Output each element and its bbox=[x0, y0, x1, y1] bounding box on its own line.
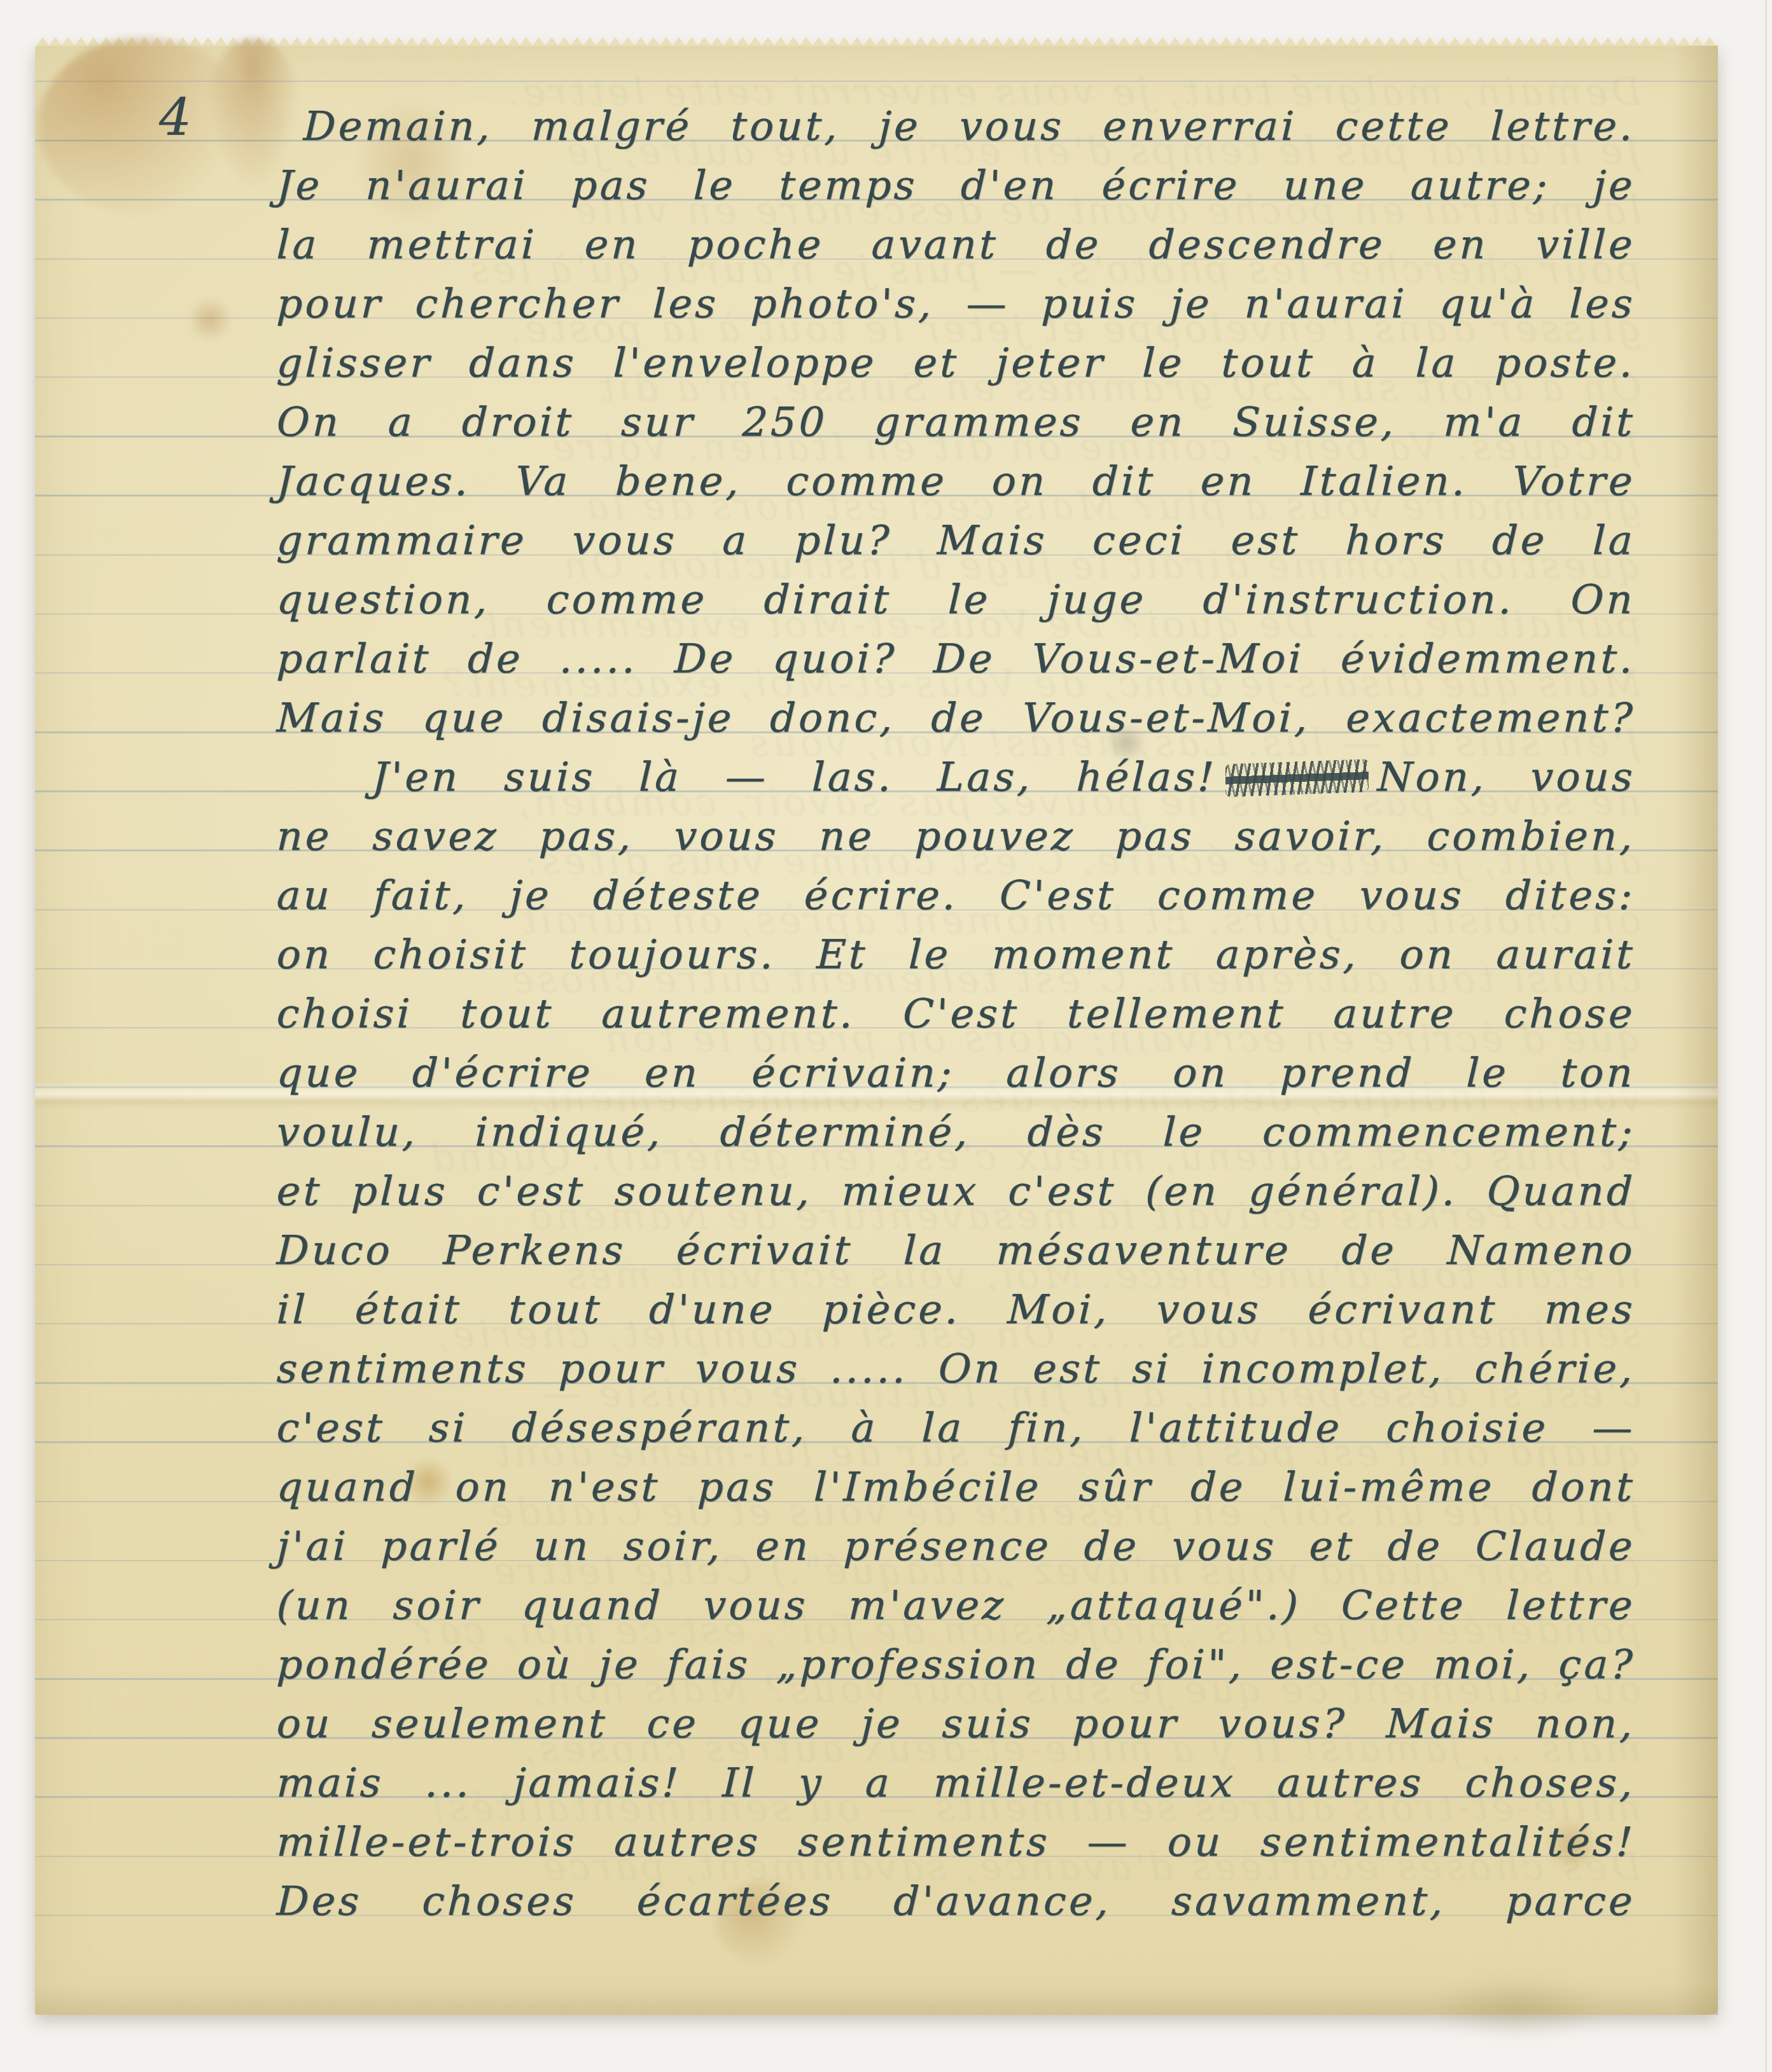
letter-line: parlait de ..... De quoi? De Vous-et-Moi… bbox=[276, 629, 1636, 688]
letter-line: Mais que disais-je donc, de Vous-et-Moi,… bbox=[276, 688, 1636, 747]
letter-line: On a droit sur 250 grammes en Suisse, m'… bbox=[276, 393, 1636, 452]
letter-line: et plus c'est soutenu, mieux c'est (en g… bbox=[276, 1162, 1636, 1221]
letter-body: Demain, malgré tout, je vous enverrai ce… bbox=[277, 97, 1635, 1931]
page-number: 4 bbox=[159, 88, 192, 147]
letter-line: glisser dans l'enveloppe et jeter le tou… bbox=[276, 333, 1636, 393]
letter-line: Duco Perkens écrivait la mésaventure de … bbox=[276, 1221, 1636, 1280]
letter-line: (un soir quand vous m'avez „attaqué".) C… bbox=[276, 1576, 1636, 1635]
letter-line: Je n'aurai pas le temps d'en écrire une … bbox=[276, 156, 1636, 215]
right-edge-shading bbox=[1673, 46, 1718, 2015]
letter-line: Demain, malgré tout, je vous enverrai ce… bbox=[276, 97, 1636, 156]
letter-line: c'est si désespérant, à la fin, l'attitu… bbox=[276, 1398, 1636, 1457]
letter-line: pondérée où je fais „profession de foi",… bbox=[276, 1635, 1636, 1694]
letter-line: au fait, je déteste écrire. C'est comme … bbox=[276, 866, 1636, 925]
letter-line: ou seulement ce que je suis pour vous? M… bbox=[276, 1694, 1636, 1753]
letter-line: pour chercher les photo's, — puis je n'a… bbox=[276, 274, 1636, 333]
letter-line: ne savez pas, vous ne pouvez pas savoir,… bbox=[276, 807, 1636, 866]
perforated-top-edge bbox=[36, 37, 1718, 46]
letter-line: j'ai parlé un soir, en présence de vous … bbox=[276, 1517, 1636, 1576]
letter-line: Des choses écartées d'avance, savamment,… bbox=[276, 1872, 1636, 1931]
letter-line: mille-et-trois autres sentiments — ou se… bbox=[276, 1812, 1636, 1872]
letter-line: sentiments pour vous ..... On est si inc… bbox=[276, 1339, 1636, 1398]
letter-line-text: J'en suis là — las. Las, hélas! bbox=[372, 754, 1218, 800]
letter-line: quand on n'est pas l'Imbécile sûr de lui… bbox=[276, 1457, 1636, 1517]
letter-line: la mettrai en poche avant de descendre e… bbox=[276, 215, 1636, 274]
scanned-letter-page: Demain, malgré tout, je vous enverrai ce… bbox=[0, 0, 1772, 2072]
scribbled-out-word bbox=[1225, 759, 1369, 797]
letter-line-with-scribble: J'en suis là — las. Las, hélas!Non, vous bbox=[276, 747, 1636, 807]
letter-line: choisi tout autrement. C'est tellement a… bbox=[276, 984, 1636, 1043]
letter-line: voulu, indiqué, déterminé, dès le commen… bbox=[276, 1102, 1636, 1162]
letter-line: grammaire vous a plu? Mais ceci est hors… bbox=[276, 511, 1636, 570]
stain bbox=[188, 297, 232, 342]
letter-line: question, comme dirait le juge d'instruc… bbox=[276, 570, 1636, 629]
letter-paper: Demain, malgré tout, je vous enverrai ce… bbox=[35, 46, 1718, 2015]
letter-line: que d'écrire en écrivain; alors on prend… bbox=[276, 1043, 1636, 1102]
letter-line: il était tout d'une pièce. Moi, vous écr… bbox=[276, 1280, 1636, 1339]
letter-line: mais ... jamais! Il y a mille-et-deux au… bbox=[276, 1753, 1636, 1812]
stain bbox=[38, 37, 248, 215]
letter-line: on choisit toujours. Et le moment après,… bbox=[276, 925, 1636, 984]
letter-line: Jacques. Va bene, comme on dit en Italie… bbox=[276, 452, 1636, 511]
letter-line-text: Non, vous bbox=[1377, 754, 1636, 800]
bottom-edge-shading bbox=[35, 1985, 1718, 2015]
